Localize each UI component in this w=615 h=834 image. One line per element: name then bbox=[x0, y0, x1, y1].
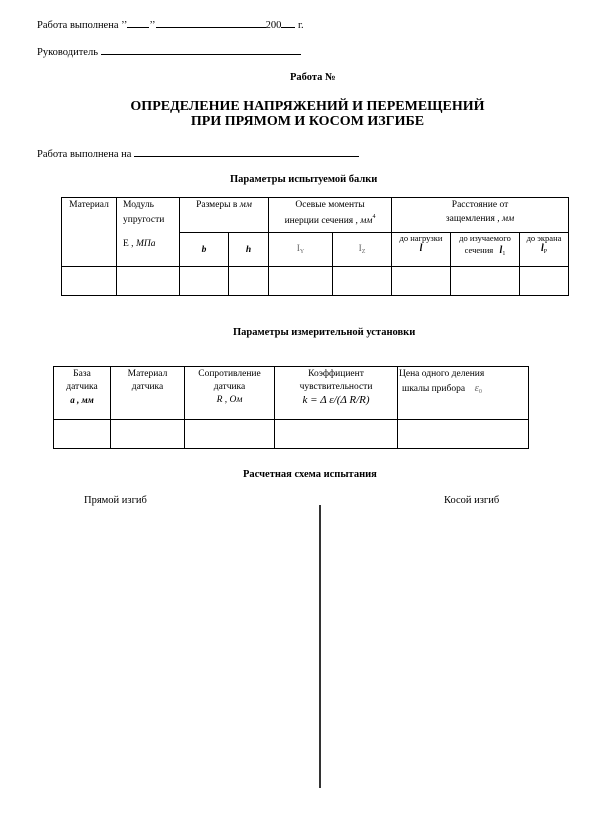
work-done-label: Работа выполнена bbox=[37, 20, 119, 31]
cell-iz[interactable] bbox=[333, 267, 392, 296]
oblique-bending-label: Косой изгиб bbox=[444, 495, 499, 506]
header-resistance: Сопротивление датчика R , Ом bbox=[185, 367, 275, 420]
work-done-on-line: Работа выполнена на bbox=[37, 146, 359, 160]
year-suffix: г. bbox=[298, 20, 304, 31]
header-modulus: Модуль упругости E , МПа bbox=[117, 198, 180, 267]
cell-to-section[interactable] bbox=[451, 267, 520, 296]
header-sensitivity: Коэффициент чувствительности k = Δ ε/(Δ … bbox=[275, 367, 398, 420]
cell-h[interactable] bbox=[229, 267, 269, 296]
beam-table-caption: Параметры испытуемой балки bbox=[230, 174, 377, 185]
cell-to-screen[interactable] bbox=[520, 267, 569, 296]
header-b: b bbox=[180, 233, 229, 267]
work-done-line: Работа выполнена ’’’’200 г. bbox=[37, 17, 304, 31]
supervisor-field[interactable] bbox=[101, 44, 301, 55]
header-distance: Расстояние от защемления , мм bbox=[392, 198, 569, 233]
header-moments: Осевые моменты инерции сечения , мм4 bbox=[269, 198, 392, 233]
setup-table-caption: Параметры измерительной установки bbox=[233, 327, 415, 338]
scheme-divider bbox=[319, 505, 321, 788]
header-base: База датчика a , мм bbox=[54, 367, 111, 420]
header-gauge-material: Материал датчика bbox=[111, 367, 185, 420]
straight-bending-label: Прямой изгиб bbox=[84, 495, 147, 506]
cell-modulus[interactable] bbox=[117, 267, 180, 296]
header-dimensions: Размеры в мм bbox=[180, 198, 269, 233]
cell-base[interactable] bbox=[54, 420, 111, 449]
equipment-field[interactable] bbox=[134, 146, 359, 157]
cell-sensitivity[interactable] bbox=[275, 420, 398, 449]
cell-iy[interactable] bbox=[269, 267, 333, 296]
header-h: h bbox=[229, 233, 269, 267]
setup-parameters-table: База датчика a , мм Материал датчика Соп… bbox=[53, 366, 529, 449]
work-number: Работа № bbox=[290, 72, 336, 83]
page-title-line2: ПРИ ПРЯМОМ И КОСОМ ИЗГИБЕ bbox=[0, 114, 615, 129]
header-material: Материал bbox=[62, 198, 117, 267]
supervisor-label: Руководитель bbox=[37, 47, 98, 58]
cell-scale-division[interactable] bbox=[398, 420, 529, 449]
header-to-section: до изучаемого сечения l1 bbox=[451, 233, 520, 267]
day-field[interactable] bbox=[127, 17, 149, 28]
beam-parameters-table: Материал Модуль упругости E , МПа Размер… bbox=[61, 197, 569, 296]
table-row bbox=[54, 420, 529, 449]
header-iz: IZ bbox=[333, 233, 392, 267]
cell-to-load[interactable] bbox=[392, 267, 451, 296]
page-title-line1: ОПРЕДЕЛЕНИЕ НАПРЯЖЕНИЙ И ПЕРЕМЕЩЕНИЙ bbox=[0, 99, 615, 114]
work-done-on-label: Работа выполнена на bbox=[37, 149, 131, 160]
header-to-load: до нагрузки l bbox=[392, 233, 451, 267]
year-prefix: 200 bbox=[266, 20, 282, 31]
year-field[interactable] bbox=[281, 17, 295, 28]
header-iy: IY bbox=[269, 233, 333, 267]
cell-b[interactable] bbox=[180, 267, 229, 296]
table-row bbox=[62, 267, 569, 296]
supervisor-line: Руководитель bbox=[37, 44, 301, 58]
cell-material[interactable] bbox=[62, 267, 117, 296]
cell-resistance[interactable] bbox=[185, 420, 275, 449]
header-scale-division: Цена одного деления шкалы прибора ε0 bbox=[398, 367, 529, 420]
cell-gauge-material[interactable] bbox=[111, 420, 185, 449]
month-field[interactable] bbox=[156, 17, 266, 28]
scheme-caption: Расчетная схема испытания bbox=[243, 469, 377, 480]
header-to-screen: до экрана lP bbox=[520, 233, 569, 267]
